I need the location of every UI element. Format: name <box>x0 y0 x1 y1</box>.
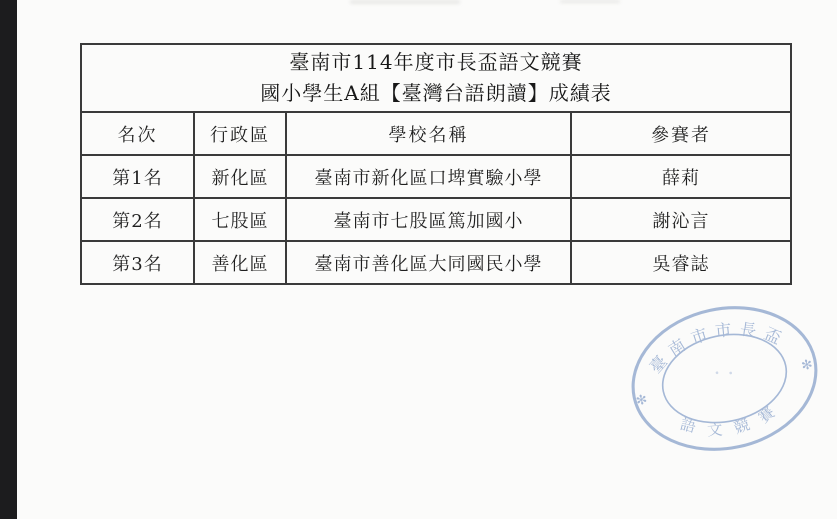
svg-text:語文競賽: 語文競賽 <box>675 393 792 449</box>
rank-cell: 第2名 <box>81 198 194 241</box>
title-line-2: 國小學生A組【臺灣台語朗讀】成績表 <box>82 78 790 109</box>
school-cell: 臺南市善化區大同國民小學 <box>286 241 571 284</box>
seal-bottom-arc-text: 語文競賽 <box>675 393 792 449</box>
seal-top-arc-text: 臺南市市長盃 <box>640 307 793 379</box>
participant-cell: 謝沁言 <box>571 198 791 241</box>
document-title: 臺南市114年度市長盃語文競賽 國小學生A組【臺灣台語朗讀】成績表 <box>81 44 791 112</box>
seal-flower-icon: ✻ <box>635 392 649 409</box>
rank-cell: 第3名 <box>81 241 194 284</box>
district-cell: 善化區 <box>194 241 286 284</box>
rank-cell: 第1名 <box>81 155 194 198</box>
table-row: 第1名 新化區 臺南市新化區口埤實驗小學 薛莉 <box>81 155 791 198</box>
table-row: 第3名 善化區 臺南市善化區大同國民小學 吳睿誌 <box>81 241 791 284</box>
column-header-school: 學校名稱 <box>286 112 571 155</box>
district-cell: 新化區 <box>194 155 286 198</box>
participant-cell: 吳睿誌 <box>571 241 791 284</box>
title-line-1: 臺南市114年度市長盃語文競賽 <box>82 47 790 78</box>
seal-ink-dot <box>729 371 732 374</box>
scan-artifact <box>560 0 620 3</box>
seal-flower-icon: ✻ <box>800 357 814 374</box>
seal-ink-dot <box>715 371 718 374</box>
scan-edge-strip <box>0 0 17 519</box>
column-header-participant: 參賽者 <box>571 112 791 155</box>
school-cell: 臺南市新化區口埤實驗小學 <box>286 155 571 198</box>
school-cell: 臺南市七股區篤加國小 <box>286 198 571 241</box>
table-header-row: 名次 行政區 學校名稱 參賽者 <box>81 112 791 155</box>
district-cell: 七股區 <box>194 198 286 241</box>
table-title-row: 臺南市114年度市長盃語文競賽 國小學生A組【臺灣台語朗讀】成績表 <box>81 44 791 112</box>
participant-cell: 薛莉 <box>571 155 791 198</box>
table-row: 第2名 七股區 臺南市七股區篤加國小 謝沁言 <box>81 198 791 241</box>
results-table: 臺南市114年度市長盃語文競賽 國小學生A組【臺灣台語朗讀】成績表 名次 行政區… <box>80 43 792 285</box>
svg-text:臺南市市長盃: 臺南市市長盃 <box>640 307 793 379</box>
scanned-document-page: 臺南市114年度市長盃語文競賽 國小學生A組【臺灣台語朗讀】成績表 名次 行政區… <box>0 0 837 519</box>
column-header-district: 行政區 <box>194 112 286 155</box>
scan-artifact <box>350 0 460 4</box>
column-header-rank: 名次 <box>81 112 194 155</box>
official-seal-stamp: 臺南市市長盃 語文競賽 ✻ ✻ <box>622 296 827 461</box>
